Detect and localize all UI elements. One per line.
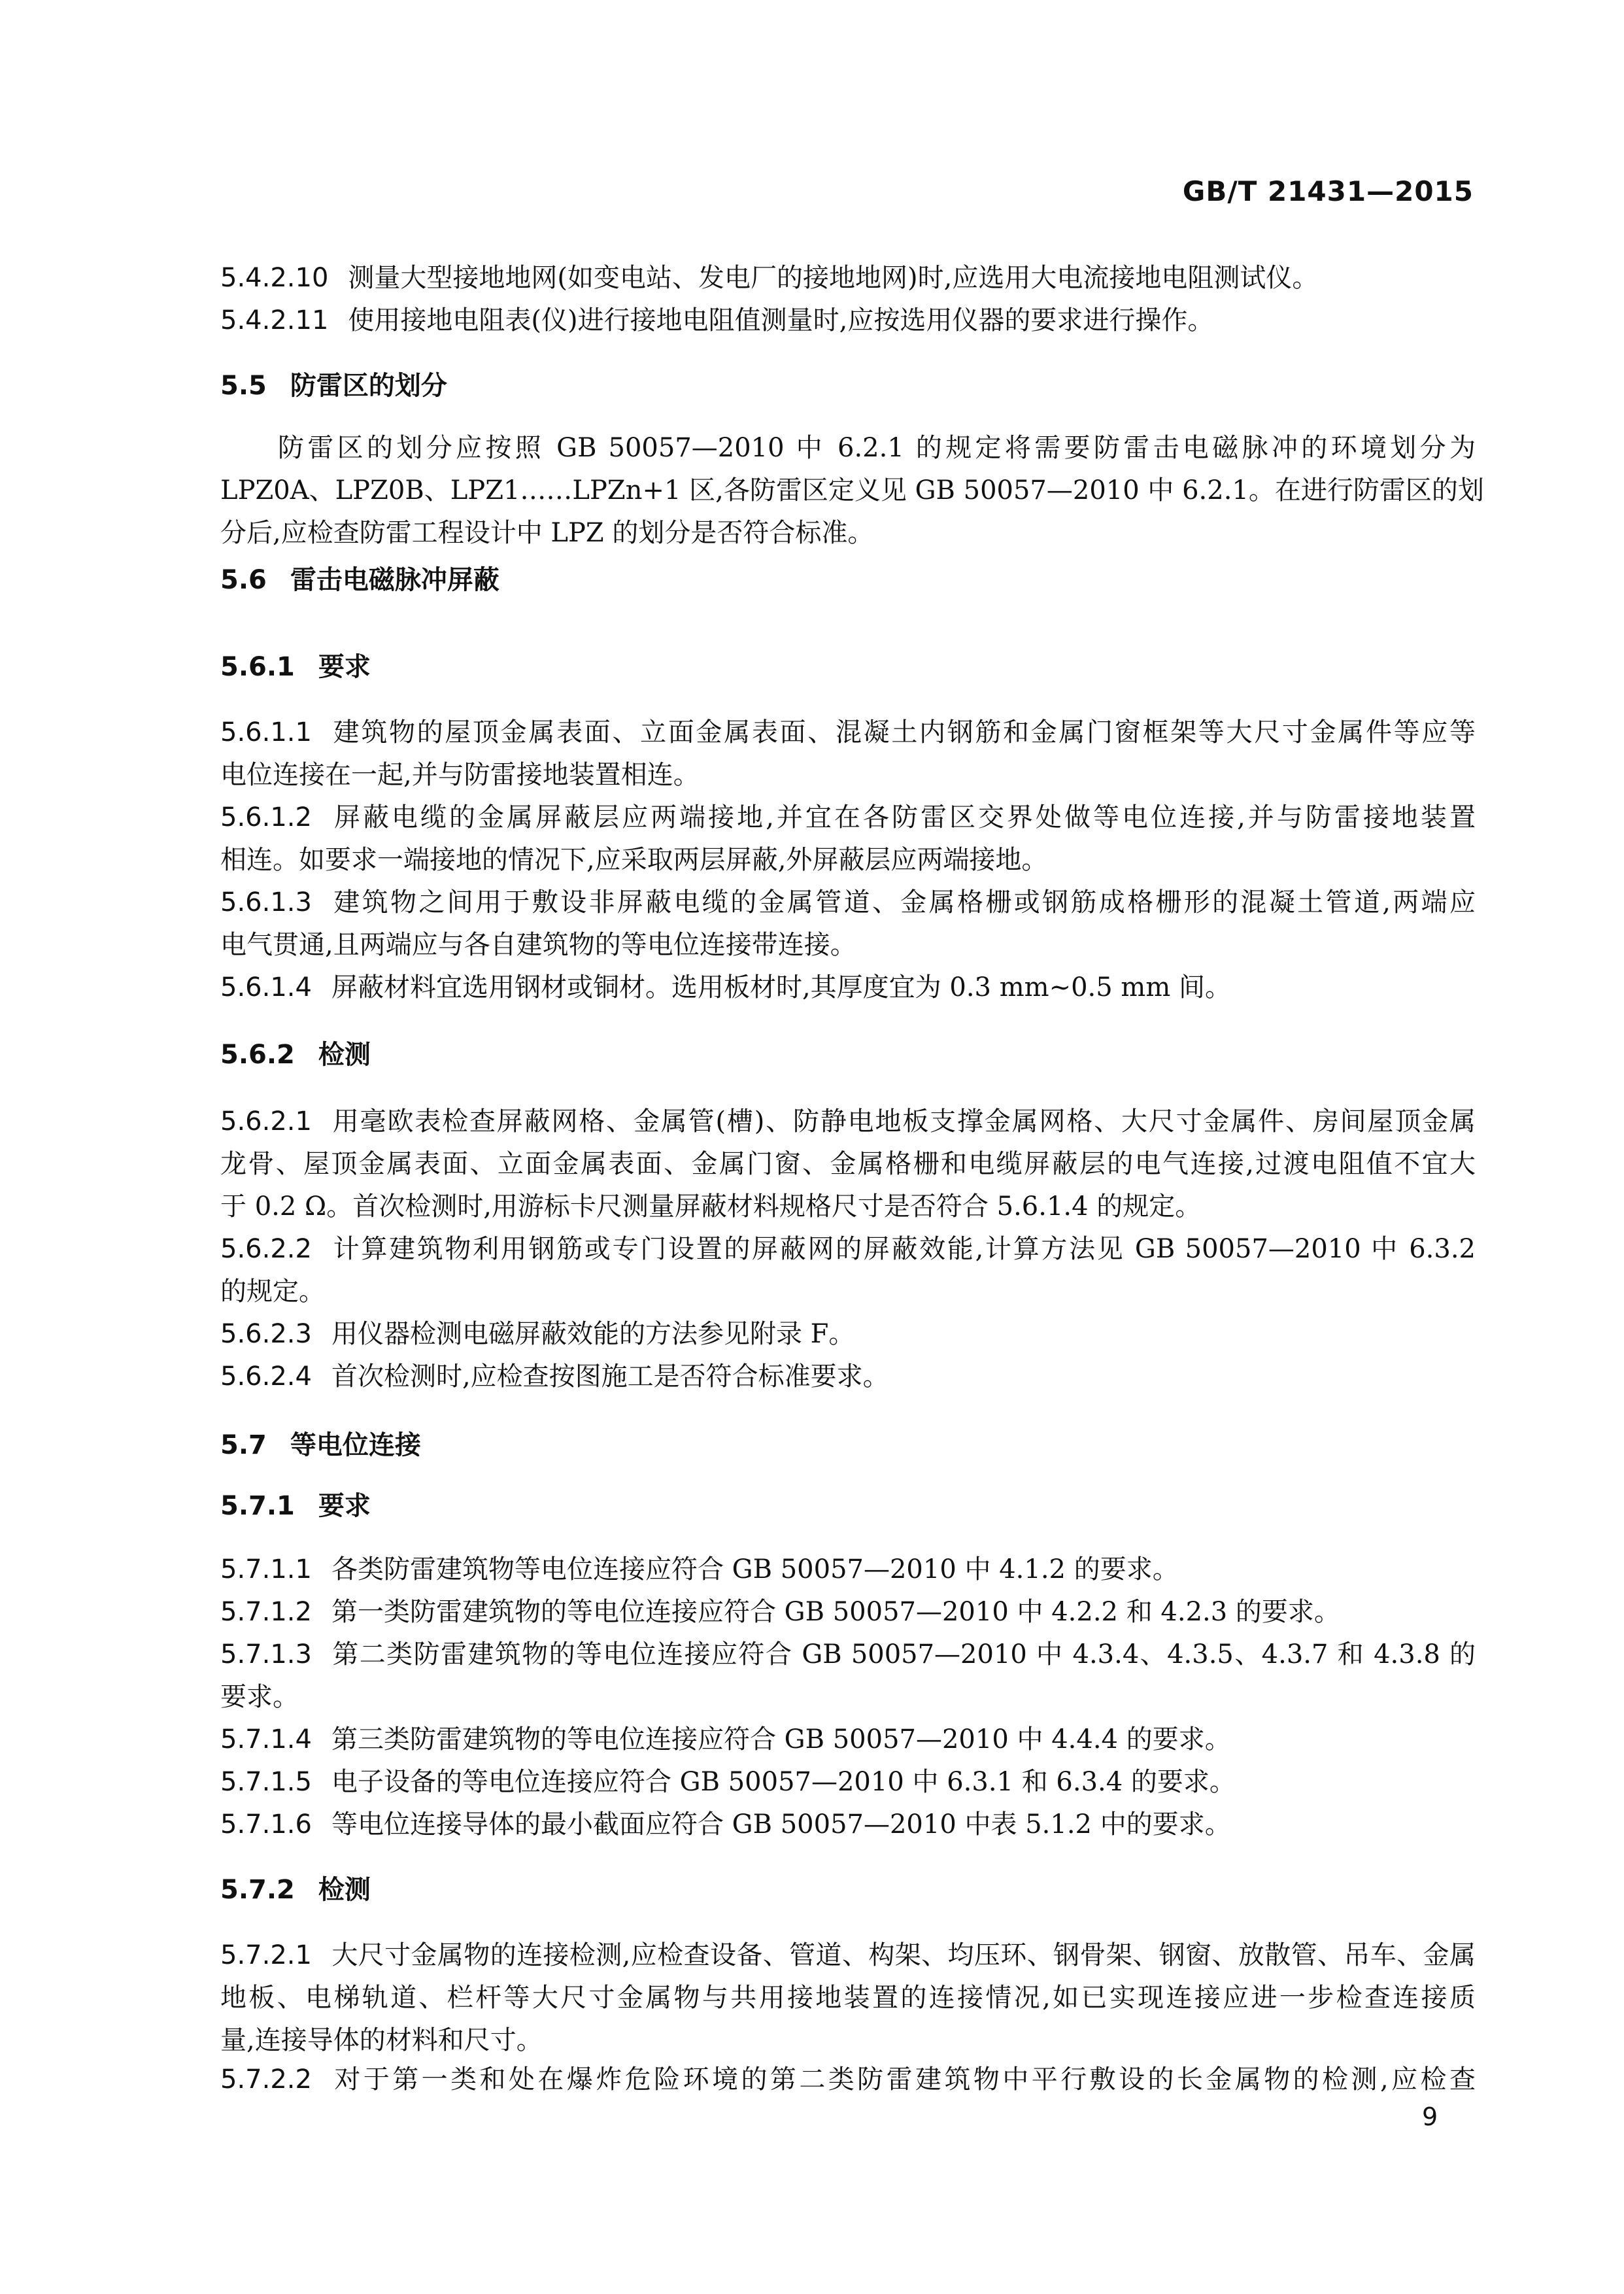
clause-text: 电子设备的等电位连接应符合 GB 50057—2010 中 6.3.1 和 6.… <box>331 1767 1236 1797</box>
clause-number: 5.7.1.5 <box>220 1767 312 1797</box>
clause-number: 5.7.1.3 <box>220 1639 312 1669</box>
subsection-heading-5-6-2: 5.6.2检测 <box>220 1038 371 1071</box>
section-number: 5.7 <box>220 1430 267 1460</box>
section-number: 5.6.1 <box>220 652 295 682</box>
clause-5-6-1-1: 5.6.1.1建筑物的屋顶金属表面、立面金属表面、混凝土内钢筋和金属门窗框架等大… <box>220 716 1476 749</box>
clause-number: 5.6.2.1 <box>220 1106 312 1137</box>
clause-continuation: 的规定。 <box>220 1275 1476 1308</box>
clause-text: 屏蔽电缆的金属屏蔽层应两端接地,并宜在各防雷区交界处做等电位连接,并与防雷接地装… <box>331 802 1476 832</box>
section-number: 5.6.2 <box>220 1040 295 1070</box>
clause-5-4-2-10: 5.4.2.10测量大型接地地网(如变电站、发电厂的接地地网)时,应选用大电流接… <box>220 262 1476 294</box>
clause-5-7-1-6: 5.7.1.6等电位连接导体的最小截面应符合 GB 50057—2010 中表 … <box>220 1808 1476 1841</box>
clause-number: 5.7.1.4 <box>220 1724 312 1755</box>
subsection-heading-5-7-1: 5.7.1要求 <box>220 1490 371 1522</box>
clause-text: 大尺寸金属物的连接检测,应检查设备、管道、构架、均压环、钢骨架、钢窗、放散管、吊… <box>331 1940 1476 1970</box>
subsection-heading-5-6-1: 5.6.1要求 <box>220 651 371 683</box>
clause-number: 5.4.2.11 <box>220 305 328 335</box>
document-page: GB/T 21431—2015 5.4.2.10测量大型接地地网(如变电站、发电… <box>0 0 1624 2294</box>
clause-text: 测量大型接地地网(如变电站、发电厂的接地地网)时,应选用大电流接地电阻测试仪。 <box>348 263 1318 293</box>
clause-5-6-2-3: 5.6.2.3用仪器检测电磁屏蔽效能的方法参见附录 F。 <box>220 1318 1476 1350</box>
page-number: 9 <box>1422 2102 1438 2131</box>
clause-number: 5.6.2.3 <box>220 1319 312 1349</box>
clause-continuation: 电气贯通,且两端应与各自建筑物的等电位连接带连接。 <box>220 929 1476 961</box>
clause-text: 用仪器检测电磁屏蔽效能的方法参见附录 F。 <box>331 1319 854 1349</box>
section-number: 5.6 <box>220 565 267 595</box>
clause-text: 首次检测时,应检查按图施工是否符合标准要求。 <box>331 1361 889 1392</box>
clause-number: 5.6.1.4 <box>220 972 312 1002</box>
clause-text: 第二类防雷建筑物的等电位连接应符合 GB 50057—2010 中 4.3.4、… <box>331 1639 1476 1669</box>
clause-text: 计算建筑物利用钢筋或专门设置的屏蔽网的屏蔽效能,计算方法见 GB 50057—2… <box>331 1234 1476 1264</box>
clause-number: 5.7.2.2 <box>220 2064 312 2095</box>
section-title: 检测 <box>318 1040 371 1070</box>
clause-text: 用毫欧表检查屏蔽网格、金属管(槽)、防静电地板支撑金属网格、大尺寸金属件、房间屋… <box>331 1106 1476 1137</box>
clause-text: 屏蔽材料宜选用钢材或铜材。选用板材时,其厚度宜为 0.3 mm~0.5 mm 间… <box>331 972 1231 1002</box>
clause-text: 建筑物的屋顶金属表面、立面金属表面、混凝土内钢筋和金属门窗框架等大尺寸金属件等应… <box>331 717 1476 747</box>
clause-number: 5.7.1.2 <box>220 1597 312 1627</box>
clause-text: 等电位连接导体的最小截面应符合 GB 50057—2010 中表 5.1.2 中… <box>331 1809 1231 1840</box>
section-heading-5-5: 5.5防雷区的划分 <box>220 369 447 402</box>
clause-continuation: 龙骨、屋顶金属表面、立面金属表面、金属门窗、金属格栅和电缆屏蔽层的电气连接,过渡… <box>220 1148 1476 1180</box>
clause-5-7-1-3: 5.7.1.3第二类防雷建筑物的等电位连接应符合 GB 50057—2010 中… <box>220 1638 1476 1671</box>
clause-text: 使用接地电阻表(仪)进行接地电阻值测量时,应按选用仪器的要求进行操作。 <box>348 305 1213 335</box>
clause-continuation: 要求。 <box>220 1681 1476 1713</box>
clause-continuation: 于 0.2 Ω。首次检测时,用游标卡尺测量屏蔽材料规格尺寸是否符合 5.6.1.… <box>220 1190 1476 1223</box>
clause-number: 5.6.2.4 <box>220 1361 312 1392</box>
clause-continuation: 相连。如要求一端接地的情况下,应采取两层屏蔽,外屏蔽层应两端接地。 <box>220 844 1476 876</box>
section-title: 要求 <box>318 652 371 682</box>
clause-text: 第一类防雷建筑物的等电位连接应符合 GB 50057—2010 中 4.2.2 … <box>331 1597 1340 1627</box>
clause-number: 5.4.2.10 <box>220 263 328 293</box>
clause-5-7-2-1: 5.7.2.1大尺寸金属物的连接检测,应检查设备、管道、构架、均压环、钢骨架、钢… <box>220 1939 1476 1972</box>
clause-5-7-1-4: 5.7.1.4第三类防雷建筑物的等电位连接应符合 GB 50057—2010 中… <box>220 1723 1476 1756</box>
clause-number: 5.6.1.1 <box>220 717 312 747</box>
clause-number: 5.6.1.2 <box>220 802 312 832</box>
standard-code-header: GB/T 21431—2015 <box>1183 175 1474 207</box>
section-title: 防雷区的划分 <box>290 371 447 401</box>
section-title: 雷击电磁脉冲屏蔽 <box>290 565 499 595</box>
clause-text: 第三类防雷建筑物的等电位连接应符合 GB 50057—2010 中 4.4.4 … <box>331 1724 1231 1755</box>
clause-5-6-2-2: 5.6.2.2计算建筑物利用钢筋或专门设置的屏蔽网的屏蔽效能,计算方法见 GB … <box>220 1233 1476 1265</box>
clause-5-6-2-4: 5.6.2.4首次检测时,应检查按图施工是否符合标准要求。 <box>220 1360 1476 1393</box>
section-title: 要求 <box>318 1491 371 1521</box>
paragraph-line: 分后,应检查防雷工程设计中 LPZ 的划分是否符合标准。 <box>220 517 1476 549</box>
clause-text: 建筑物之间用于敷设非屏蔽电缆的金属管道、金属格栅或钢筋成格栅形的混凝土管道,两端… <box>331 887 1476 917</box>
section-number: 5.7.1 <box>220 1491 295 1521</box>
section-title: 等电位连接 <box>290 1430 421 1460</box>
clause-5-7-1-2: 5.7.1.2第一类防雷建筑物的等电位连接应符合 GB 50057—2010 中… <box>220 1596 1476 1628</box>
clause-continuation: 地板、电梯轨道、栏杆等大尺寸金属物与共用接地装置的连接情况,如已实现连接应进一步… <box>220 1981 1476 2014</box>
clause-number: 5.6.1.3 <box>220 887 312 917</box>
clause-number: 5.7.2.1 <box>220 1940 312 1970</box>
clause-number: 5.7.1.6 <box>220 1809 312 1840</box>
paragraph-line: 防雷区的划分应按照 GB 50057—2010 中 6.2.1 的规定将需要防雷… <box>278 432 1476 464</box>
clause-5-7-1-5: 5.7.1.5电子设备的等电位连接应符合 GB 50057—2010 中 6.3… <box>220 1766 1476 1798</box>
clause-5-6-2-1: 5.6.2.1用毫欧表检查屏蔽网格、金属管(槽)、防静电地板支撑金属网格、大尺寸… <box>220 1105 1476 1138</box>
section-heading-5-7: 5.7等电位连接 <box>220 1429 421 1462</box>
paragraph-line: LPZ0A、LPZ0B、LPZ1……LPZn+1 区,各防雷区定义见 GB 50… <box>220 474 1476 507</box>
section-number: 5.5 <box>220 371 267 401</box>
clause-number: 5.7.1.1 <box>220 1554 312 1584</box>
clause-text: 各类防雷建筑物等电位连接应符合 GB 50057—2010 中 4.1.2 的要… <box>331 1554 1179 1584</box>
section-heading-5-6: 5.6雷击电磁脉冲屏蔽 <box>220 564 499 596</box>
clause-5-6-1-4: 5.6.1.4屏蔽材料宜选用钢材或铜材。选用板材时,其厚度宜为 0.3 mm~0… <box>220 971 1476 1004</box>
clause-text: 对于第一类和处在爆炸危险环境的第二类防雷建筑物中平行敷设的长金属物的检测,应检查 <box>331 2064 1476 2095</box>
clause-5-6-1-3: 5.6.1.3建筑物之间用于敷设非屏蔽电缆的金属管道、金属格栅或钢筋成格栅形的混… <box>220 886 1476 919</box>
clause-5-4-2-11: 5.4.2.11使用接地电阻表(仪)进行接地电阻值测量时,应按选用仪器的要求进行… <box>220 304 1476 337</box>
section-title: 检测 <box>318 1875 371 1905</box>
clause-continuation: 量,连接导体的材料和尺寸。 <box>220 2024 1476 2057</box>
clause-5-7-2-2: 5.7.2.2对于第一类和处在爆炸危险环境的第二类防雷建筑物中平行敷设的长金属物… <box>220 2063 1476 2096</box>
section-number: 5.7.2 <box>220 1875 295 1905</box>
clause-number: 5.6.2.2 <box>220 1234 312 1264</box>
clause-5-6-1-2: 5.6.1.2屏蔽电缆的金属屏蔽层应两端接地,并宜在各防雷区交界处做等电位连接,… <box>220 801 1476 834</box>
clause-continuation: 电位连接在一起,并与防雷接地装置相连。 <box>220 759 1476 791</box>
subsection-heading-5-7-2: 5.7.2检测 <box>220 1874 371 1906</box>
clause-5-7-1-1: 5.7.1.1各类防雷建筑物等电位连接应符合 GB 50057—2010 中 4… <box>220 1553 1476 1586</box>
